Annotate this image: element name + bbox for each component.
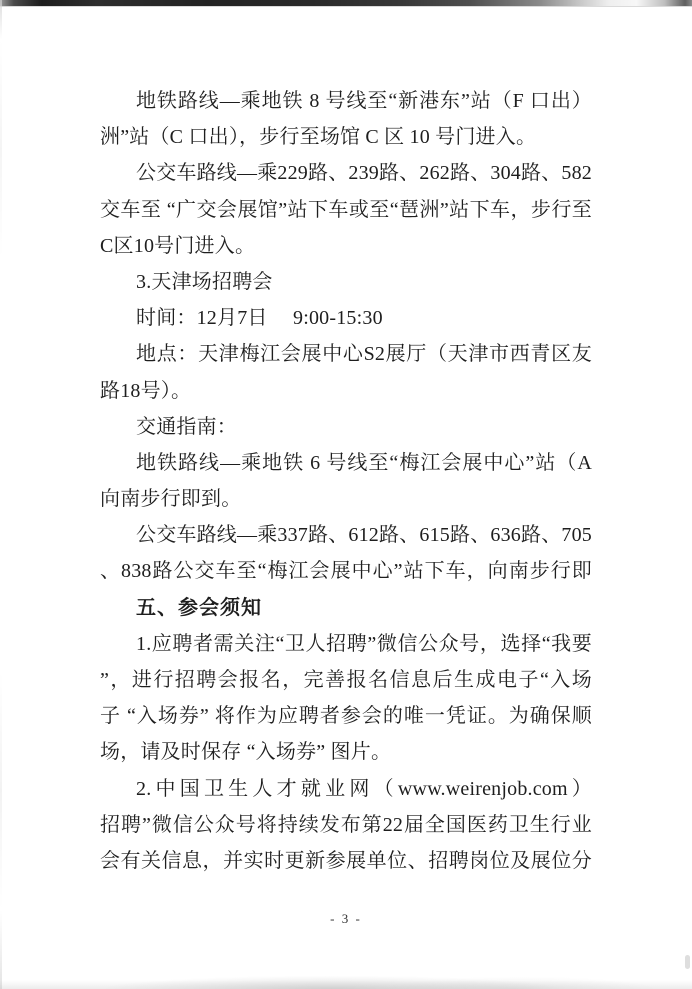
scan-mark-right	[685, 955, 690, 969]
scan-edge-top	[0, 0, 692, 6]
doc-line: 招聘”微信公众号将持续发布第22届全国医药卫生行业招聘	[100, 807, 592, 843]
doc-line: 向南步行即到。	[100, 481, 592, 517]
traffic-guide-label: 交通指南：	[100, 409, 592, 445]
doc-line: 地铁路线—乘地铁 8 号线至“新港东”站（F 口出）或“琶	[100, 83, 592, 119]
heading-attendance-notes: 五、参会须知	[100, 590, 592, 626]
doc-line: 场，请及时保存 “入场券” 图片。	[100, 734, 592, 770]
doc-line: 子 “入场券” 将作为应聘者参会的唯一凭证。为确保顺利入	[100, 698, 592, 734]
fair-location: 地点：天津梅江会展中心S2展厅（天津市西青区友谊南	[100, 336, 592, 372]
doc-line: 路18号）。	[100, 373, 592, 409]
document-body: 地铁路线—乘地铁 8 号线至“新港东”站（F 口出）或“琶 洲”站（C 口出），…	[100, 83, 592, 879]
doc-line: 、838路公交车至“梅江会展中心”站下车，向南步行即到。	[100, 553, 592, 589]
doc-line: 交车至 “广交会展馆”站下车或至“琶洲”站下车，步行至场馆	[100, 192, 592, 228]
doc-line: 公交车路线—乘337路、612路、615路、636路、705路	[100, 517, 592, 553]
doc-line: 洲”站（C 口出），步行至场馆 C 区 10 号门进入。	[100, 119, 592, 155]
scan-edge-left	[0, 0, 2, 989]
doc-line: 2.中国卫生人才就业网（www.weirenjob.com）和“卫人	[100, 771, 592, 807]
fair-time: 时间：12月7日 9:00-15:30	[100, 300, 592, 336]
doc-line: 地铁路线—乘地铁 6 号线至“梅江会展中心”站（A 口出），	[100, 445, 592, 481]
doc-line: 会有关信息，并实时更新参展单位、招聘岗位及展位分布情	[100, 843, 592, 879]
doc-line: 公交车路线—乘229路、239路、262路、304路、582路公	[100, 155, 592, 191]
scan-smudge-bottom	[0, 973, 692, 989]
doc-line: C区10号门进入。	[100, 228, 592, 264]
item-tianjin-fair: 3.天津场招聘会	[100, 264, 592, 300]
page-number: - 3 -	[0, 911, 692, 927]
scanned-document-page: 地铁路线—乘地铁 8 号线至“新港东”站（F 口出）或“琶 洲”站（C 口出），…	[0, 0, 692, 989]
doc-line: ”，进行招聘会报名，完善报名信息后生成电子“入场券”，电	[100, 662, 592, 698]
doc-line: 1.应聘者需关注“卫人招聘”微信公众号，选择“我要报名	[100, 626, 592, 662]
